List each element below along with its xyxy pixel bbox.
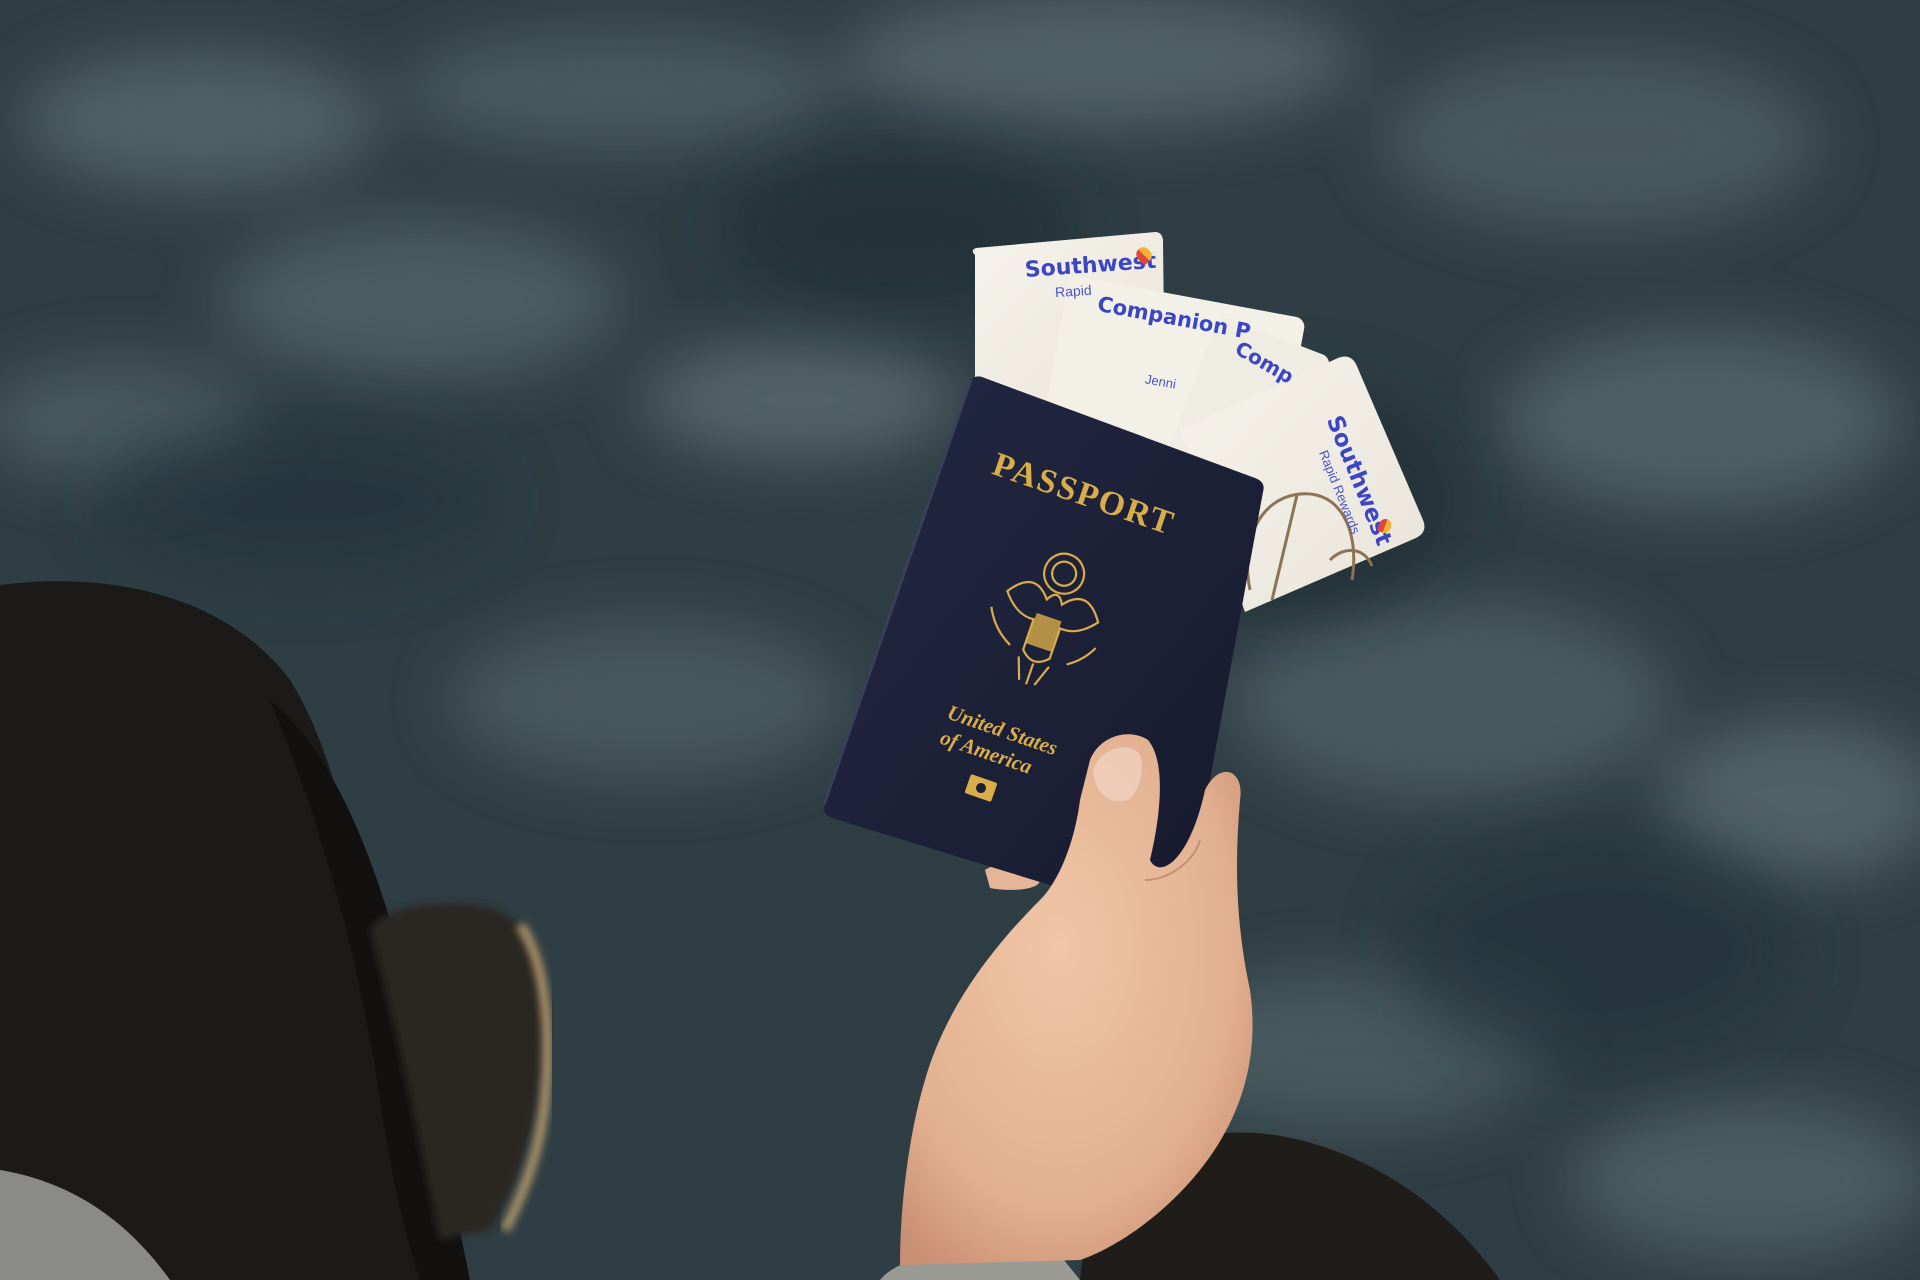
card1-subtitle: Rapid — [1054, 282, 1092, 301]
great-seal-eagle-icon — [970, 545, 1120, 695]
photo-scene: Southwest Rapid Companion P Jenni Comp S… — [0, 0, 1920, 1280]
heart-logo-icon — [1378, 520, 1392, 532]
background-svg — [0, 0, 1920, 1280]
heart-logo-icon — [1136, 248, 1152, 262]
